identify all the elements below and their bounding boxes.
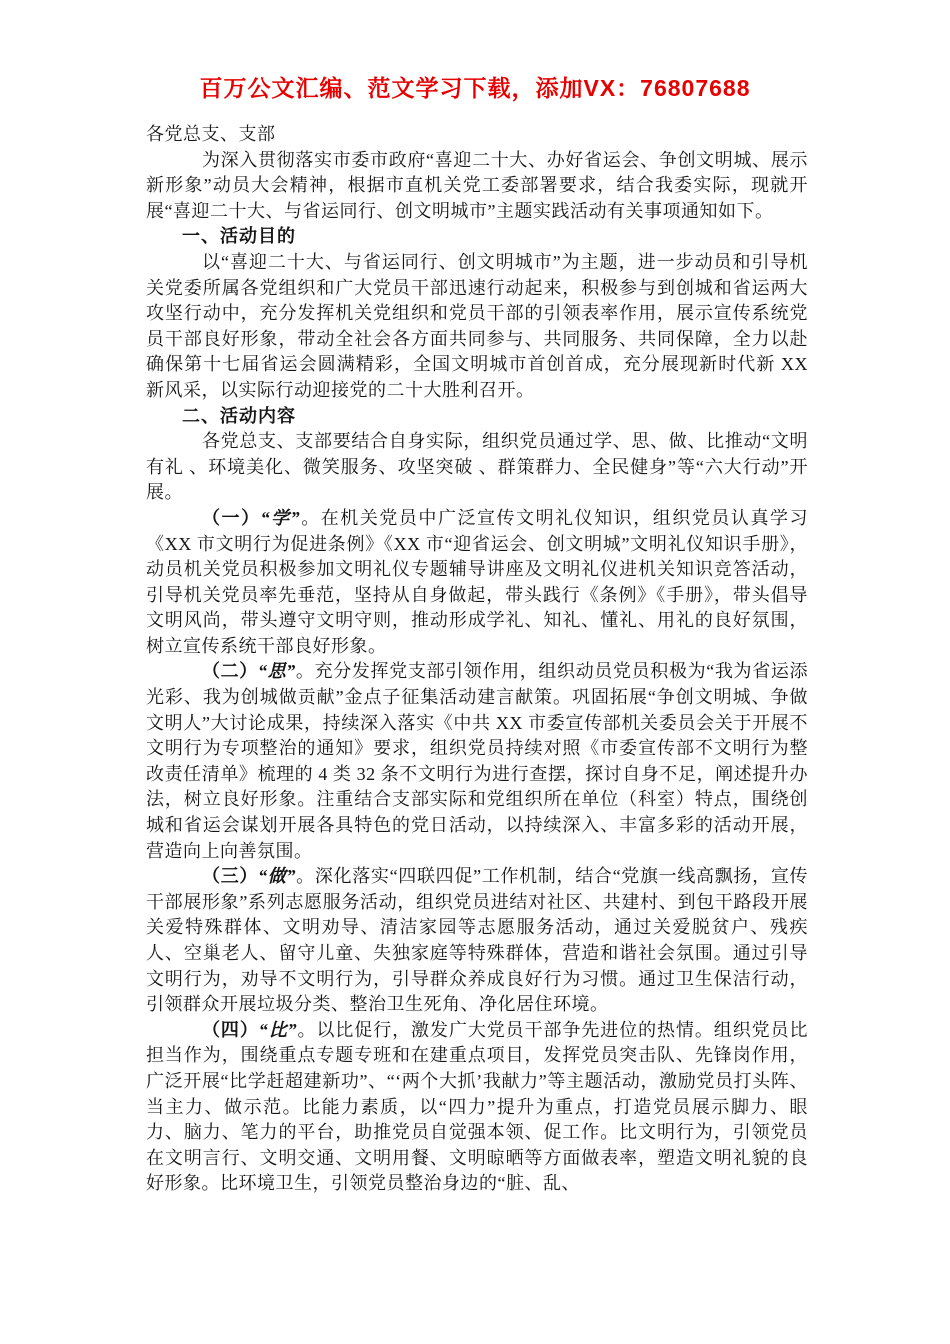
- item-term: “学”: [261, 508, 301, 528]
- item-term: “做”: [258, 866, 296, 886]
- item-label: （三）: [202, 866, 258, 886]
- item-label: （一）: [202, 508, 261, 528]
- section-1-paragraph: 以“喜迎二十大、与省运同行、创文明城市”为主题，进一步动员和引导机关党委所属各党…: [146, 250, 808, 404]
- salutation: 各党总支、支部: [146, 122, 808, 148]
- item-label: （二）: [202, 661, 258, 681]
- section-2-heading: 二、活动内容: [146, 404, 808, 430]
- activity-item-learn: （一）“学”。在机关党员中广泛宣传文明礼仪知识，组织党员认真学习《XX 市文明行…: [146, 506, 808, 660]
- activity-item-compare: （四）“比”。以比促行，激发广大党员干部争先进位的热情。组织党员比担当作为，围绕…: [146, 1018, 808, 1197]
- section-2-intro: 各党总支、支部要结合自身实际，组织党员通过学、思、做、比推动“文明有礼 、环境美…: [146, 429, 808, 506]
- item-text: 。充分发挥党支部引领作用，组织动员党员积极为“我为省运添光彩、我为创城做贡献”金…: [146, 661, 808, 860]
- document-page: 百万公文汇编、范文学习下载，添加VX：76807688 各党总支、支部 为深入贯…: [0, 0, 950, 1344]
- header-notice: 百万公文汇编、范文学习下载，添加VX：76807688: [0, 70, 950, 103]
- item-term: “思”: [258, 661, 296, 681]
- item-term: “比”: [259, 1020, 297, 1040]
- intro-paragraph: 为深入贯彻落实市委市政府“喜迎二十大、办好省运会、争创文明城、展示新形象”动员大…: [146, 148, 808, 225]
- activity-item-think: （二）“思”。充分发挥党支部引领作用，组织动员党员积极为“我为省运添光彩、我为创…: [146, 659, 808, 864]
- document-body: 各党总支、支部 为深入贯彻落实市委市政府“喜迎二十大、办好省运会、争创文明城、展…: [146, 122, 808, 1197]
- item-text: 。深化落实“四联四促”工作机制，结合“党旗一线高飘扬，宣传干部展形象”系列志愿服…: [146, 866, 808, 1014]
- activity-item-do: （三）“做”。深化落实“四联四促”工作机制，结合“党旗一线高飘扬，宣传干部展形象…: [146, 864, 808, 1018]
- section-1-heading: 一、活动目的: [146, 224, 808, 250]
- item-text: 。以比促行，激发广大党员干部争先进位的热情。组织党员比担当作为，围绕重点专题专班…: [146, 1020, 808, 1194]
- item-label: （四）: [202, 1020, 259, 1040]
- item-text: 。在机关党员中广泛宣传文明礼仪知识，组织党员认真学习《XX 市文明行为促进条例》…: [146, 508, 808, 656]
